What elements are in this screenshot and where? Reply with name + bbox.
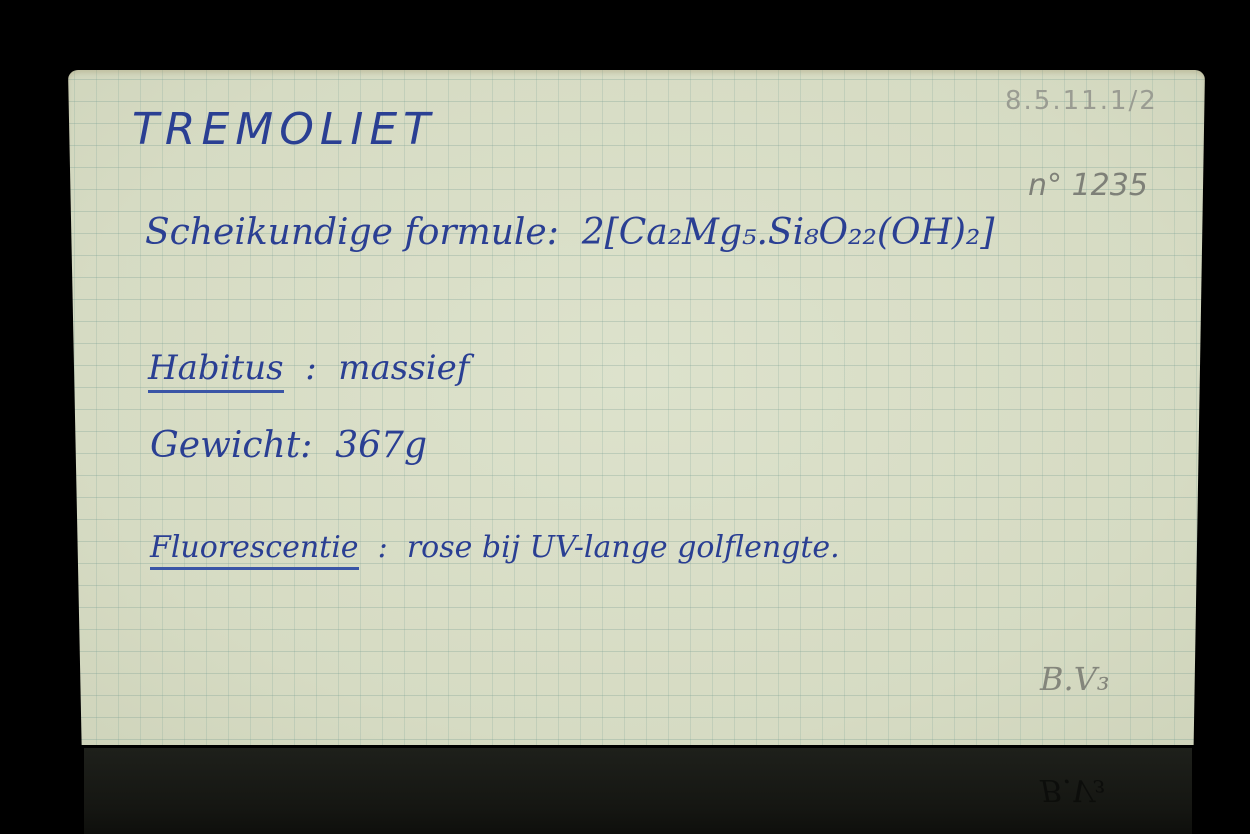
reflection-initials: B.V₃ — [1040, 772, 1105, 807]
fluorescence-label: Fluorescentie — [150, 530, 359, 570]
fluorescence-value: rose bij UV-lange golflengte. — [407, 530, 840, 565]
formula-value: 2[Ca₂Mg₅.Si₈O₂₂(OH)₂] — [582, 212, 995, 253]
catalog-number-value: 1235 — [1072, 168, 1148, 203]
formula-row: Scheikundige formule: 2[Ca₂Mg₅.Si₈O₂₂(OH… — [145, 212, 994, 253]
catalog-number-prefix: n° — [1028, 168, 1062, 203]
habitus-row: Habitus : massief — [148, 348, 469, 388]
habitus-value: massief — [338, 348, 469, 388]
reference-code: 8.5.11.1/2 — [1005, 86, 1158, 116]
catalog-number: n° 1235 — [1028, 168, 1148, 203]
weight-label: Gewicht — [150, 425, 300, 466]
weight-value: 367g — [335, 425, 427, 466]
habitus-label: Habitus — [148, 348, 284, 393]
mineral-name: TREMOLIET — [132, 104, 436, 155]
habitus-separator: : — [305, 348, 316, 388]
fluorescence-row: Fluorescentie : rose bij UV-lange golfle… — [150, 530, 840, 565]
initials: B.V₃ — [1040, 660, 1110, 698]
fluorescence-separator: : — [378, 530, 388, 565]
weight-row: Gewicht: 367g — [150, 425, 427, 466]
formula-label: Scheikundige formule — [145, 212, 547, 253]
card-reflection — [84, 748, 1192, 834]
formula-separator: : — [547, 212, 559, 253]
weight-separator: : — [300, 425, 312, 466]
